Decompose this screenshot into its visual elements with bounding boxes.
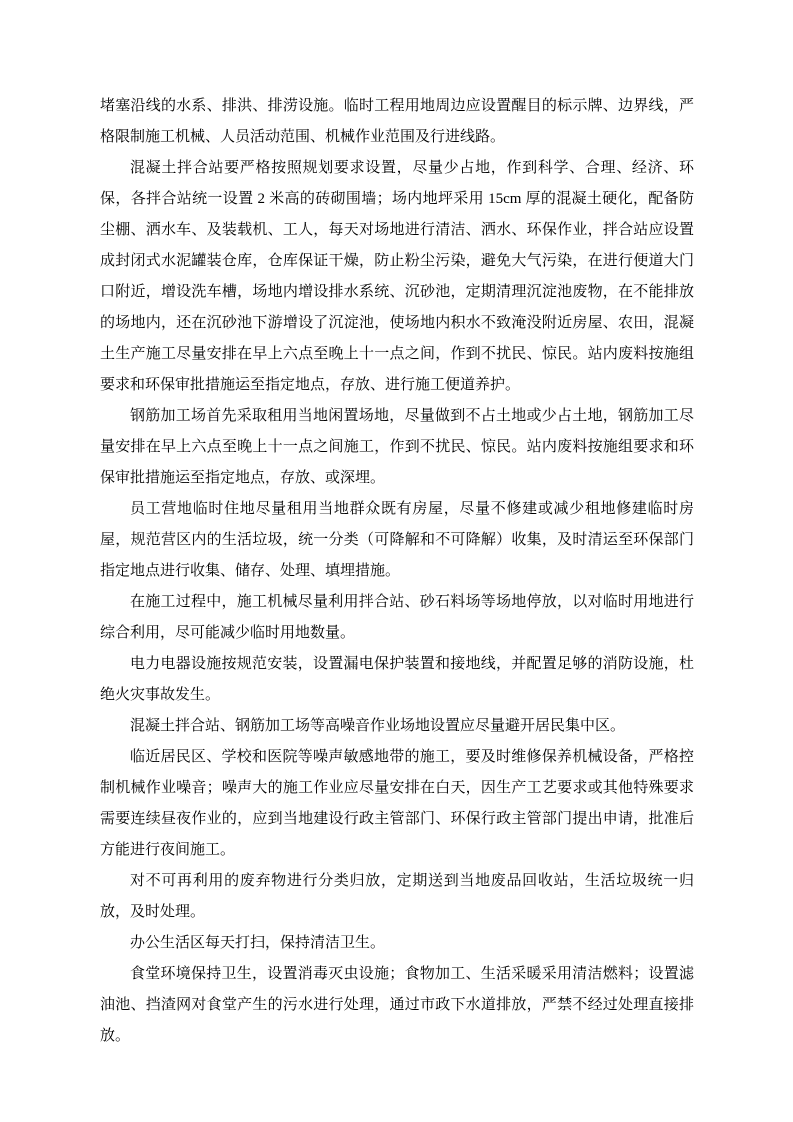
document-text-body: 堵塞沿线的水系、排洪、排涝设施。临时工程用地周边应设置醒目的标示牌、边界线，严格… (100, 91, 694, 1052)
document-page: 堵塞沿线的水系、排洪、排涝设施。临时工程用地周边应设置醒目的标示牌、边界线，严格… (0, 0, 793, 1122)
paragraph-continuation: 堵塞沿线的水系、排洪、排涝设施。临时工程用地周边应设置醒目的标示牌、边界线，严格… (100, 91, 694, 153)
paragraph-concrete-mixing-station: 混凝土拌合站要严格按照规划要求设置，尽量少占地，作到科学、合理、经济、环保，各拌… (100, 153, 694, 401)
paragraph-canteen-hygiene: 食堂环境保持卫生，设置消毒灭虫设施；食物加工、生活采暖采用清洁燃料；设置滤油池、… (100, 959, 694, 1052)
paragraph-waste-disposal: 对不可再利用的废弃物进行分类归放，定期送到当地废品回收站，生活垃圾统一归放，及时… (100, 866, 694, 928)
paragraph-staff-camp: 员工营地临时住地尽量租用当地群众既有房屋，尽量不修建或减少租地修建临时房屋，规范… (100, 494, 694, 587)
paragraph-machinery-parking: 在施工过程中，施工机械尽量利用拌合站、砂石料场等场地停放，以对临时用地进行综合利… (100, 587, 694, 649)
paragraph-rebar-yard: 钢筋加工场首先采取租用当地闲置场地，尽量做到不占土地或少占土地，钢筋加工尽量安排… (100, 401, 694, 494)
paragraph-electrical-safety: 电力电器设施按规范安装，设置漏电保护装置和接地线，并配置足够的消防设施，杜绝火灾… (100, 649, 694, 711)
paragraph-noise-sensitive-areas: 临近居民区、学校和医院等噪声敏感地带的施工，要及时维修保养机械设备，严格控制机械… (100, 742, 694, 866)
paragraph-noise-site-location: 混凝土拌合站、钢筋加工场等高噪音作业场地设置应尽量避开居民集中区。 (100, 711, 694, 742)
paragraph-office-cleaning: 办公生活区每天打扫，保持清洁卫生。 (100, 928, 694, 959)
